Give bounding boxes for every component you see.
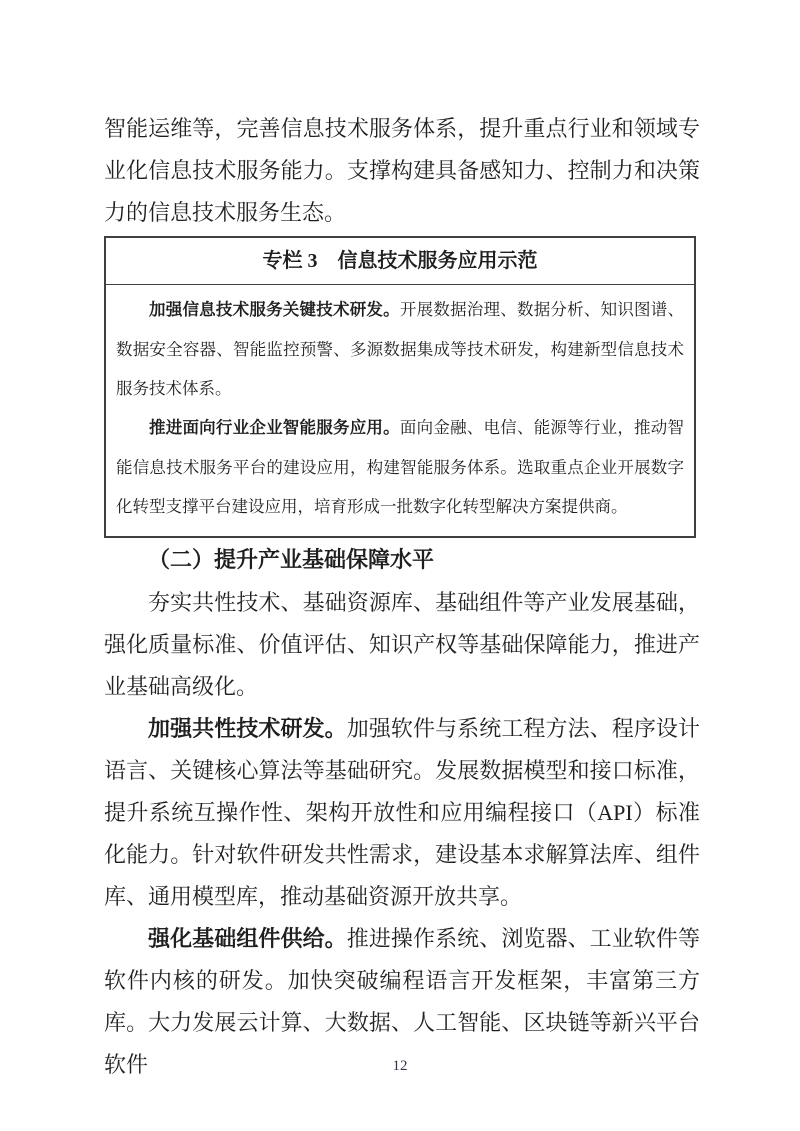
page-content: 智能运维等，完善信息技术服务体系，提升重点行业和领域专业化信息技术服务能力。支撑…: [104, 108, 700, 1086]
body-paragraph: 加强共性技术研发。加强软件与系统工程方法、程序设计语言、关键核心算法等基础研究。…: [104, 708, 700, 918]
page-number: 12: [0, 1058, 800, 1075]
body-paragraph-lead: 加强共性技术研发。: [148, 716, 347, 741]
panel-paragraph: 推进面向行业企业智能服务应用。面向金融、电信、能源等行业，推动智能信息技术服务平…: [116, 408, 684, 526]
body-paragraph-lead: 强化基础组件供给。: [148, 926, 347, 951]
intro-paragraph-continuation: 智能运维等，完善信息技术服务体系，提升重点行业和领域专业化信息技术服务能力。支撑…: [104, 108, 700, 234]
body-paragraph-text: 加强软件与系统工程方法、程序设计语言、关键核心算法等基础研究。发展数据模型和接口…: [104, 716, 700, 909]
body-paragraph-text: 夯实共性技术、基础资源库、基础组件等产业发展基础，强化质量标准、价值评估、知识产…: [104, 590, 700, 699]
panel-paragraph-lead: 推进面向行业企业智能服务应用。: [149, 419, 400, 437]
column-3-panel: 专栏 3 信息技术服务应用示范 加强信息技术服务关键技术研发。开展数据治理、数据…: [104, 236, 696, 538]
document-page: 智能运维等，完善信息技术服务体系，提升重点行业和领域专业化信息技术服务能力。支撑…: [0, 0, 800, 1131]
panel-title: 专栏 3 信息技术服务应用示范: [106, 238, 694, 285]
panel-body: 加强信息技术服务关键技术研发。开展数据治理、数据分析、知识图谱、数据安全容器、智…: [106, 285, 694, 536]
panel-paragraph-lead: 加强信息技术服务关键技术研发。: [149, 301, 400, 319]
section-heading: （二）提升产业基础保障水平: [104, 538, 700, 582]
panel-paragraph: 加强信息技术服务关键技术研发。开展数据治理、数据分析、知识图谱、数据安全容器、智…: [116, 290, 684, 408]
body-paragraph: 夯实共性技术、基础资源库、基础组件等产业发展基础，强化质量标准、价值评估、知识产…: [104, 582, 700, 708]
